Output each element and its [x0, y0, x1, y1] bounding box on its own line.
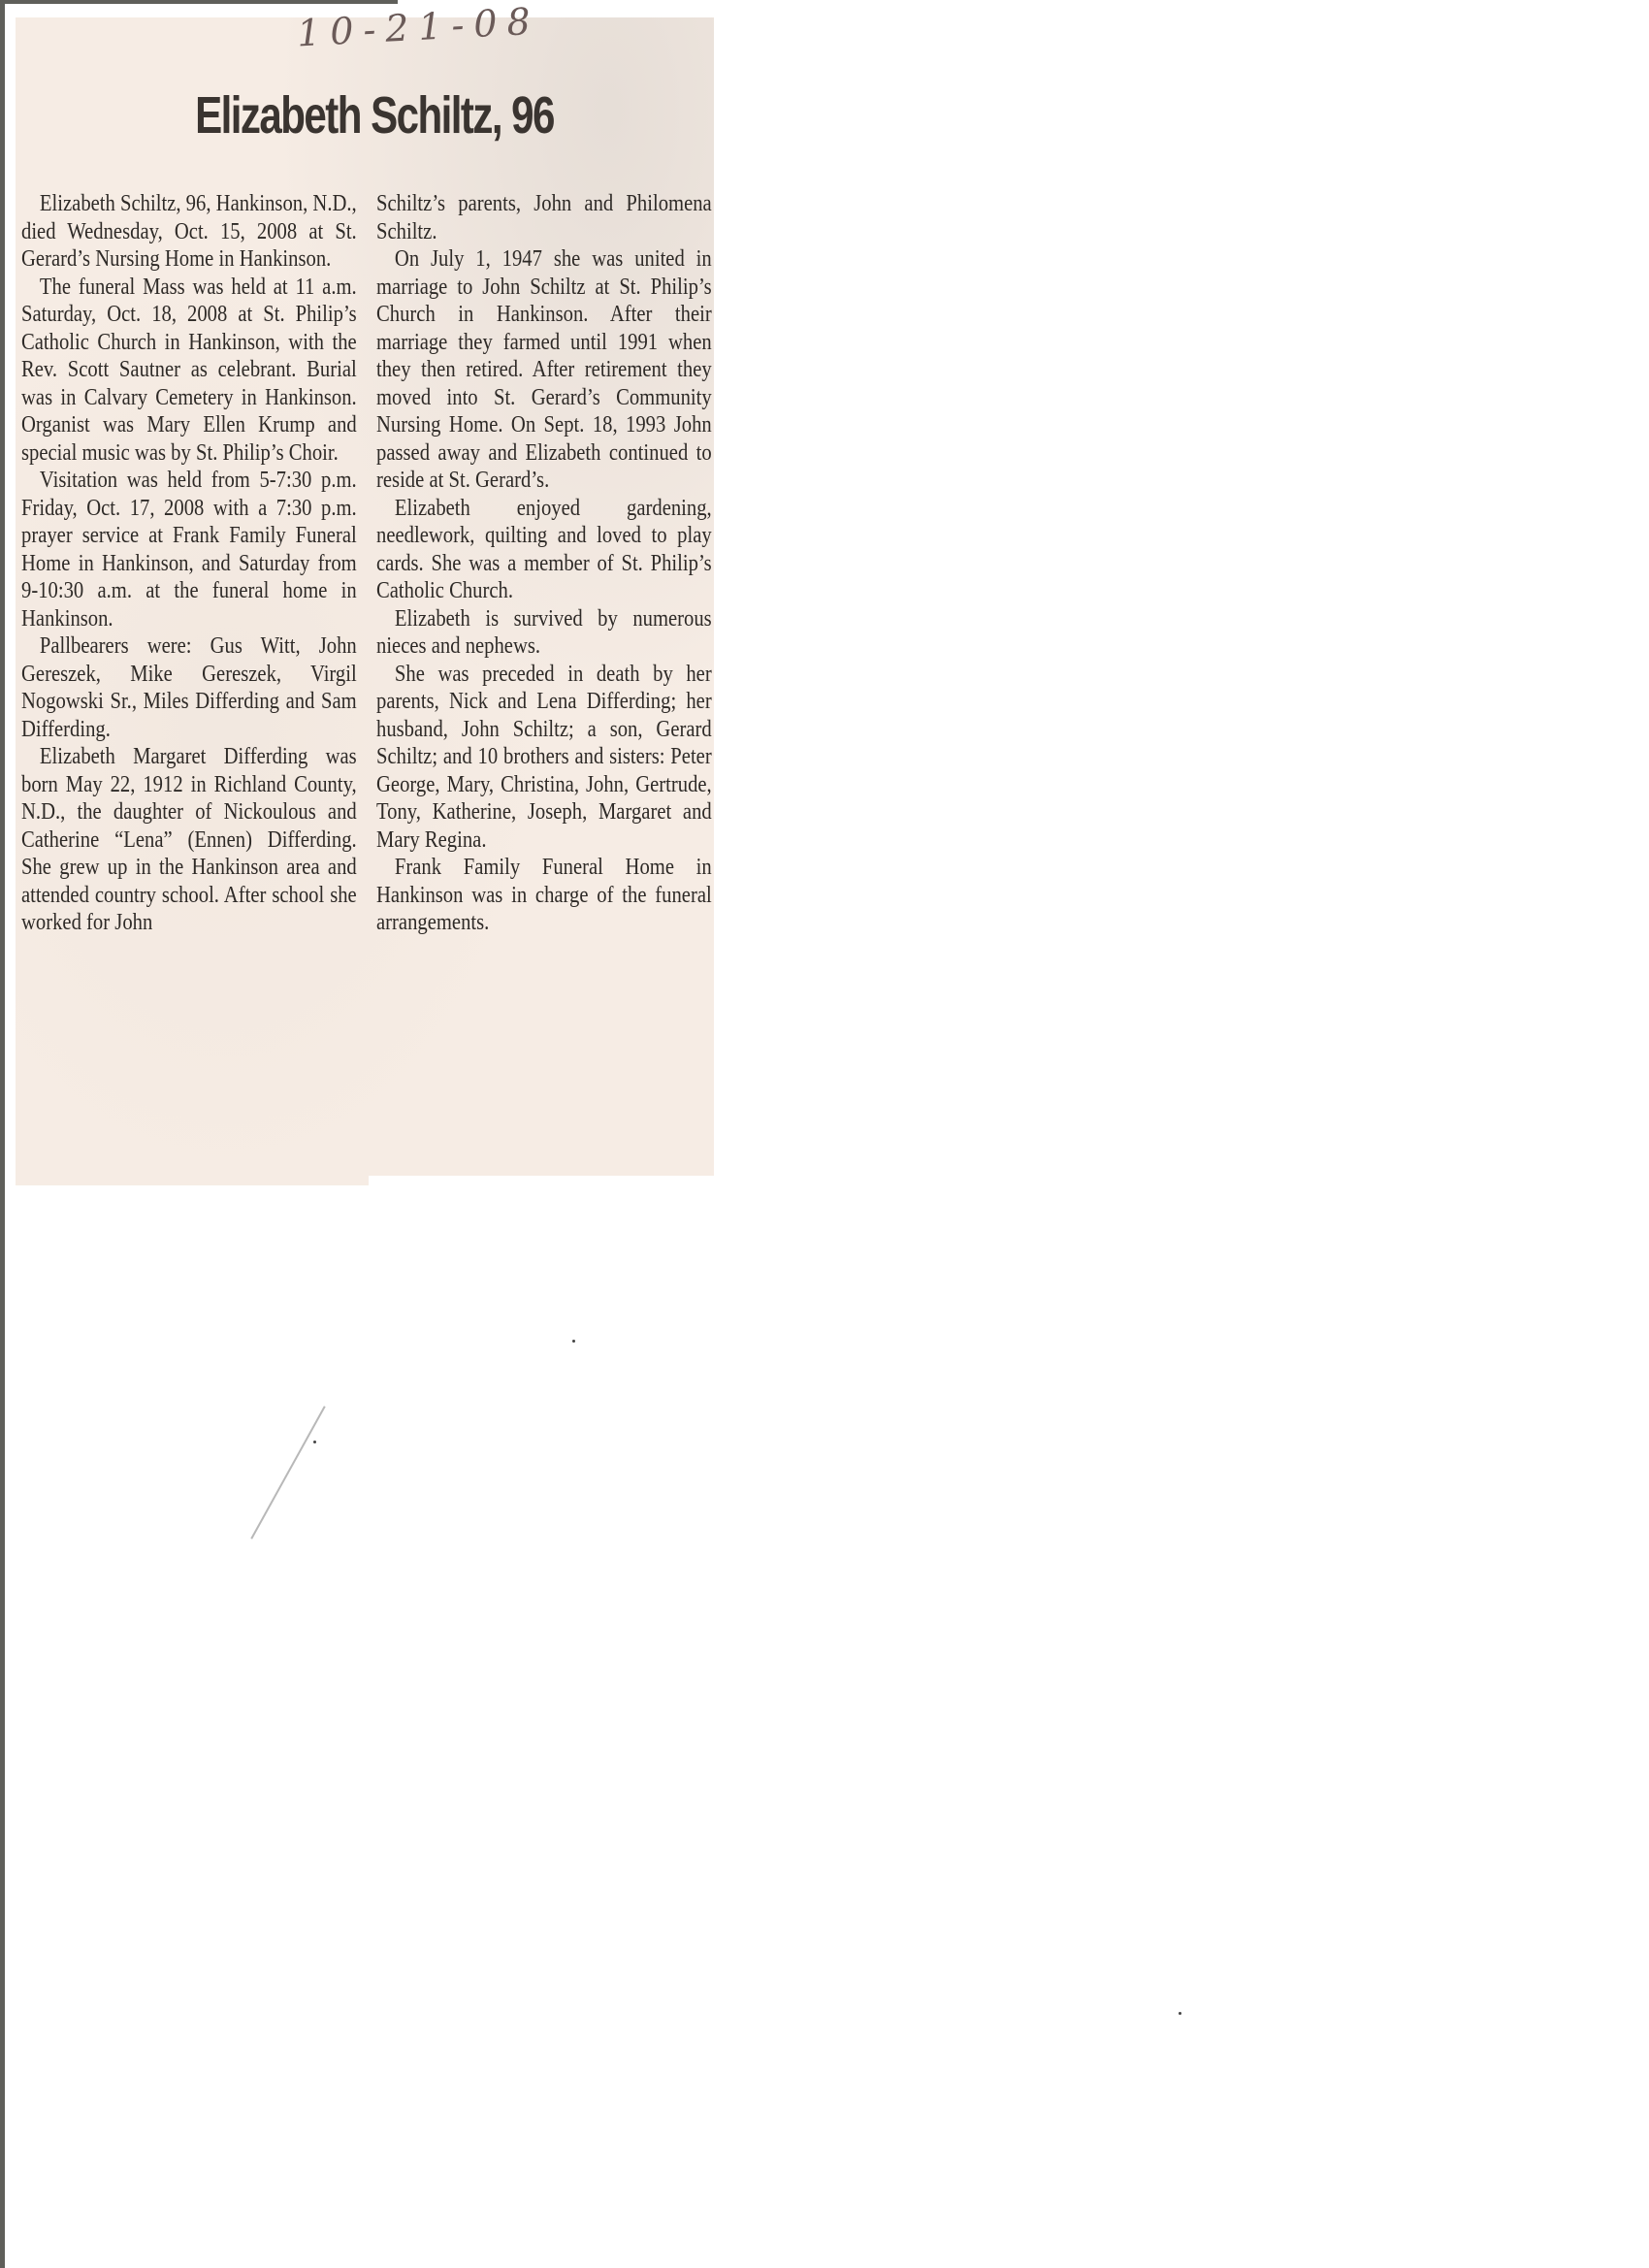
article-column-left: Elizabeth Schiltz, 96, Hankinson, N.D., …: [21, 190, 357, 937]
paragraph: Elizabeth enjoyed gardening, needlework,…: [376, 495, 712, 605]
dust-speck: [1179, 2012, 1181, 2015]
handwritten-date: 10-21-08: [296, 0, 541, 55]
paragraph-continued: Schiltz’s parents, John and Philomena Sc…: [376, 190, 712, 245]
paragraph: Pallbearers were: Gus Witt, John Geresze…: [21, 632, 357, 743]
paragraph: Elizabeth is survived by numerous nieces…: [376, 605, 712, 661]
paragraph: Frank Family Funeral Home in Hankinson w…: [376, 854, 712, 937]
scanner-edge-top: [0, 0, 398, 4]
paragraph: She was preceded in death by her parents…: [376, 661, 712, 855]
paragraph: Elizabeth Margaret Differding was born M…: [21, 743, 357, 937]
dust-speck: [572, 1340, 575, 1343]
paragraph: The funeral Mass was held at 11 a.m. Sat…: [21, 274, 357, 468]
scanner-edge-left: [0, 0, 5, 2268]
newspaper-clipping: 10-21-08 Elizabeth Schiltz, 96 Elizabeth…: [16, 17, 714, 1185]
dust-speck: [313, 1441, 316, 1443]
paragraph: On July 1, 1947 she was united in marria…: [376, 245, 712, 495]
paragraph: Elizabeth Schiltz, 96, Hankinson, N.D., …: [21, 190, 357, 274]
obituary-headline: Elizabeth Schiltz, 96: [94, 85, 654, 146]
article-column-right: Schiltz’s parents, John and Philomena Sc…: [376, 190, 712, 937]
paragraph: Visitation was held from 5-7:30 p.m. Fri…: [21, 467, 357, 632]
clipping-cut-edge: [369, 1176, 718, 1189]
stray-pen-mark: [250, 1406, 325, 1539]
